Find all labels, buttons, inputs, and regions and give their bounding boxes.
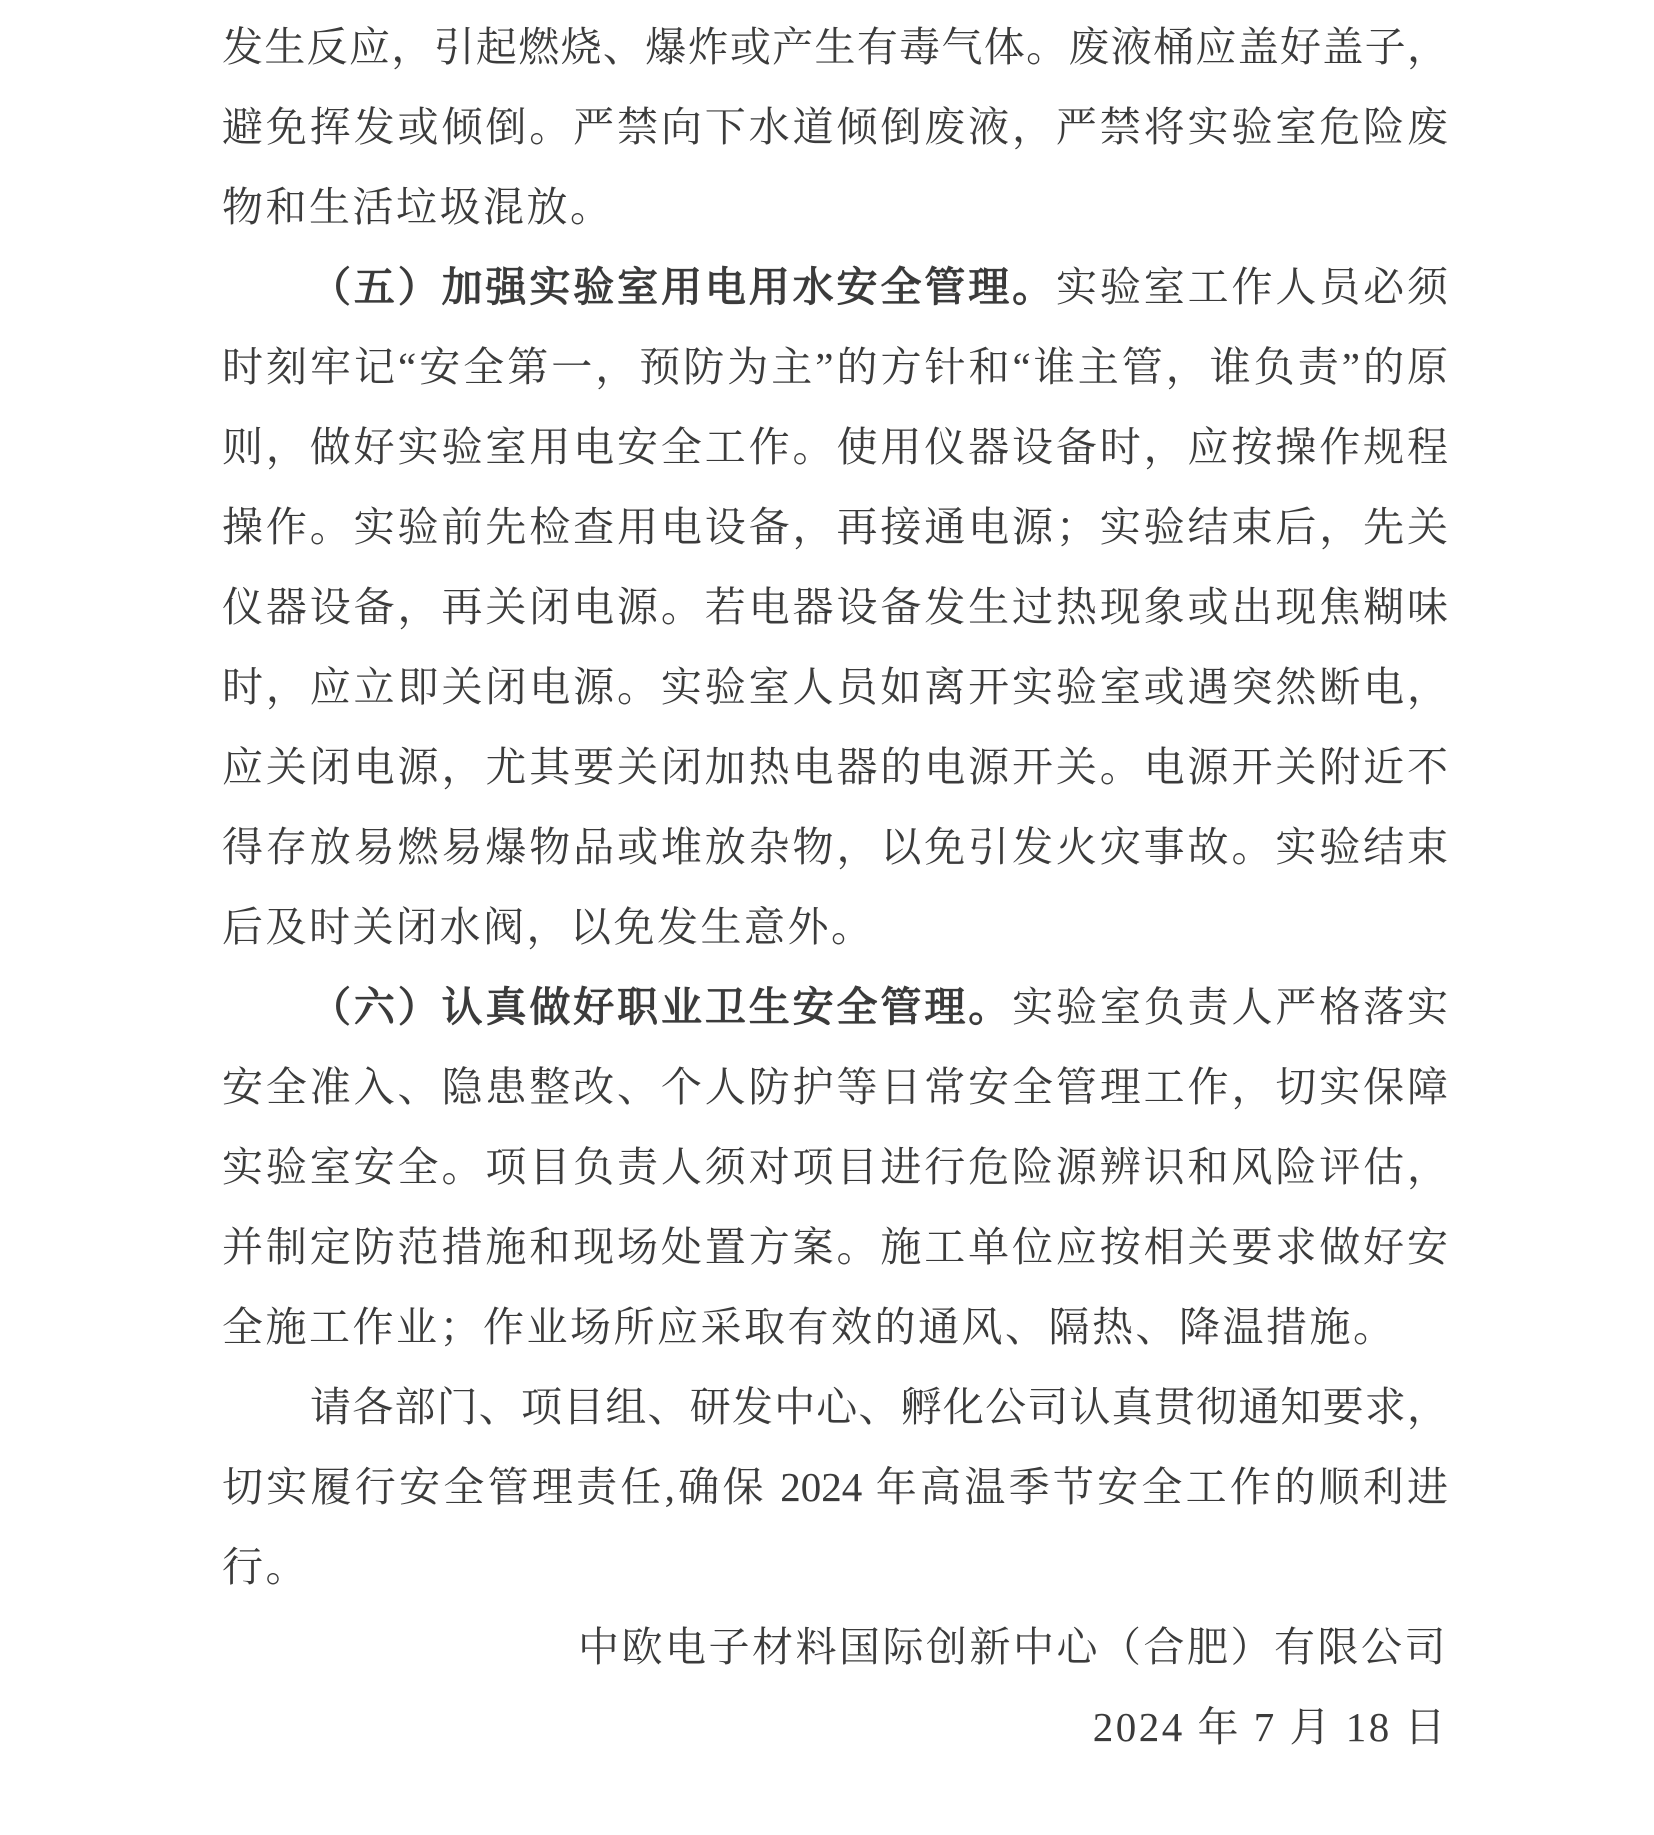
- doc-line-13-text: 实验室负责人严格落实: [1012, 984, 1448, 1030]
- doc-line-10-text: 应关闭电源，尤其要关闭加热电器的电源开关。电源开关附近不: [222, 744, 1448, 790]
- doc-line-10: 应关闭电源，尤其要关闭加热电器的电源开关。电源开关附近不: [222, 727, 1448, 807]
- doc-line-19: 切实履行安全管理责任,确保 2024 年高温季节安全工作的顺利进: [222, 1447, 1448, 1527]
- doc-line-16-text: 并制定防范措施和现场处置方案。施工单位应按相关要求做好安: [222, 1224, 1448, 1270]
- doc-line-4: （五）加强实验室用电用水安全管理。实验室工作人员必须: [222, 247, 1448, 327]
- doc-line-6: 则，做好实验室用电安全工作。使用仪器设备时，应按操作规程: [222, 407, 1448, 487]
- document-body: 发生反应，引起燃烧、爆炸或产生有毒气体。废液桶应盖好盖子， 避免挥发或倾倒。严禁…: [0, 0, 1654, 1767]
- doc-line-2: 避免挥发或倾倒。严禁向下水道倾倒废液，严禁将实验室危险废: [222, 87, 1448, 167]
- doc-line-9-text: 时，应立即关闭电源。实验室人员如离开实验室或遇突然断电，: [222, 664, 1448, 710]
- doc-line-17: 全施工作业；作业场所应采取有效的通风、隔热、降温措施。: [222, 1287, 1448, 1367]
- document-date: 2024 年 7 月 18 日: [1093, 1704, 1448, 1750]
- doc-line-13: （六）认真做好职业卫生安全管理。实验室负责人严格落实: [222, 967, 1448, 1047]
- doc-line-15: 实验室安全。项目负责人须对项目进行危险源辨识和风险评估，: [222, 1127, 1448, 1207]
- doc-line-7-text: 操作。实验前先检查用电设备，再接通电源；实验结束后，先关: [222, 504, 1448, 550]
- doc-line-5-text: 时刻牢记“安全第一，预防为主”的方针和“谁主管，谁负责”的原: [222, 344, 1448, 390]
- doc-line-6-text: 则，做好实验室用电安全工作。使用仪器设备时，应按操作规程: [222, 424, 1448, 470]
- doc-line-15-text: 实验室安全。项目负责人须对项目进行危险源辨识和风险评估，: [222, 1144, 1448, 1190]
- doc-line-18: 请各部门、项目组、研发中心、孵化公司认真贯彻通知要求，: [222, 1367, 1448, 1447]
- doc-line-4-text: 实验室工作人员必须: [1056, 264, 1448, 310]
- doc-line-1-text: 发生反应，引起燃烧、爆炸或产生有毒气体。废液桶应盖好盖子，: [222, 24, 1448, 70]
- doc-line-18-text: 请各部门、项目组、研发中心、孵化公司认真贯彻通知要求，: [310, 1384, 1448, 1430]
- doc-line-14-text: 安全准入、隐患整改、个人防护等日常安全管理工作，切实保障: [222, 1064, 1448, 1110]
- doc-line-16: 并制定防范措施和现场处置方案。施工单位应按相关要求做好安: [222, 1207, 1448, 1287]
- document-page: { "page": { "background_color": "#ffffff…: [0, 0, 1654, 1835]
- signature-line: 中欧电子材料国际创新中心（合肥）有限公司: [222, 1607, 1448, 1687]
- doc-line-2-text: 避免挥发或倾倒。严禁向下水道倾倒废液，严禁将实验室危险废: [222, 104, 1448, 150]
- doc-line-3-text: 物和生活垃圾混放。: [222, 184, 614, 230]
- doc-line-17-text: 全施工作业；作业场所应采取有效的通风、隔热、降温措施。: [222, 1304, 1397, 1350]
- doc-line-12-text: 后及时关闭水阀，以免发生意外。: [222, 904, 875, 950]
- doc-line-14: 安全准入、隐患整改、个人防护等日常安全管理工作，切实保障: [222, 1047, 1448, 1127]
- doc-line-12: 后及时关闭水阀，以免发生意外。: [222, 887, 1448, 967]
- company-signature: 中欧电子材料国际创新中心（合肥）有限公司: [578, 1624, 1448, 1670]
- doc-line-11: 得存放易燃易爆物品或堆放杂物，以免引发火灾事故。实验结束: [222, 807, 1448, 887]
- section-6-title: （六）认真做好职业卫生安全管理。: [310, 984, 1012, 1030]
- doc-line-7: 操作。实验前先检查用电设备，再接通电源；实验结束后，先关: [222, 487, 1448, 567]
- doc-line-1: 发生反应，引起燃烧、爆炸或产生有毒气体。废液桶应盖好盖子，: [222, 7, 1448, 87]
- doc-line-20-text: 行。: [222, 1544, 309, 1590]
- doc-line-9: 时，应立即关闭电源。实验室人员如离开实验室或遇突然断电，: [222, 647, 1448, 727]
- doc-line-5: 时刻牢记“安全第一，预防为主”的方针和“谁主管，谁负责”的原: [222, 327, 1448, 407]
- section-5-title: （五）加强实验室用电用水安全管理。: [310, 264, 1056, 310]
- doc-line-8: 仪器设备，再关闭电源。若电器设备发生过热现象或出现焦糊味: [222, 567, 1448, 647]
- doc-line-3: 物和生活垃圾混放。: [222, 167, 1448, 247]
- doc-line-19-text: 切实履行安全管理责任,确保 2024 年高温季节安全工作的顺利进: [222, 1464, 1448, 1510]
- doc-line-8-text: 仪器设备，再关闭电源。若电器设备发生过热现象或出现焦糊味: [222, 584, 1448, 630]
- doc-line-20: 行。: [222, 1527, 1448, 1607]
- date-line: 2024 年 7 月 18 日: [222, 1687, 1448, 1767]
- doc-line-11-text: 得存放易燃易爆物品或堆放杂物，以免引发火灾事故。实验结束: [222, 824, 1448, 870]
